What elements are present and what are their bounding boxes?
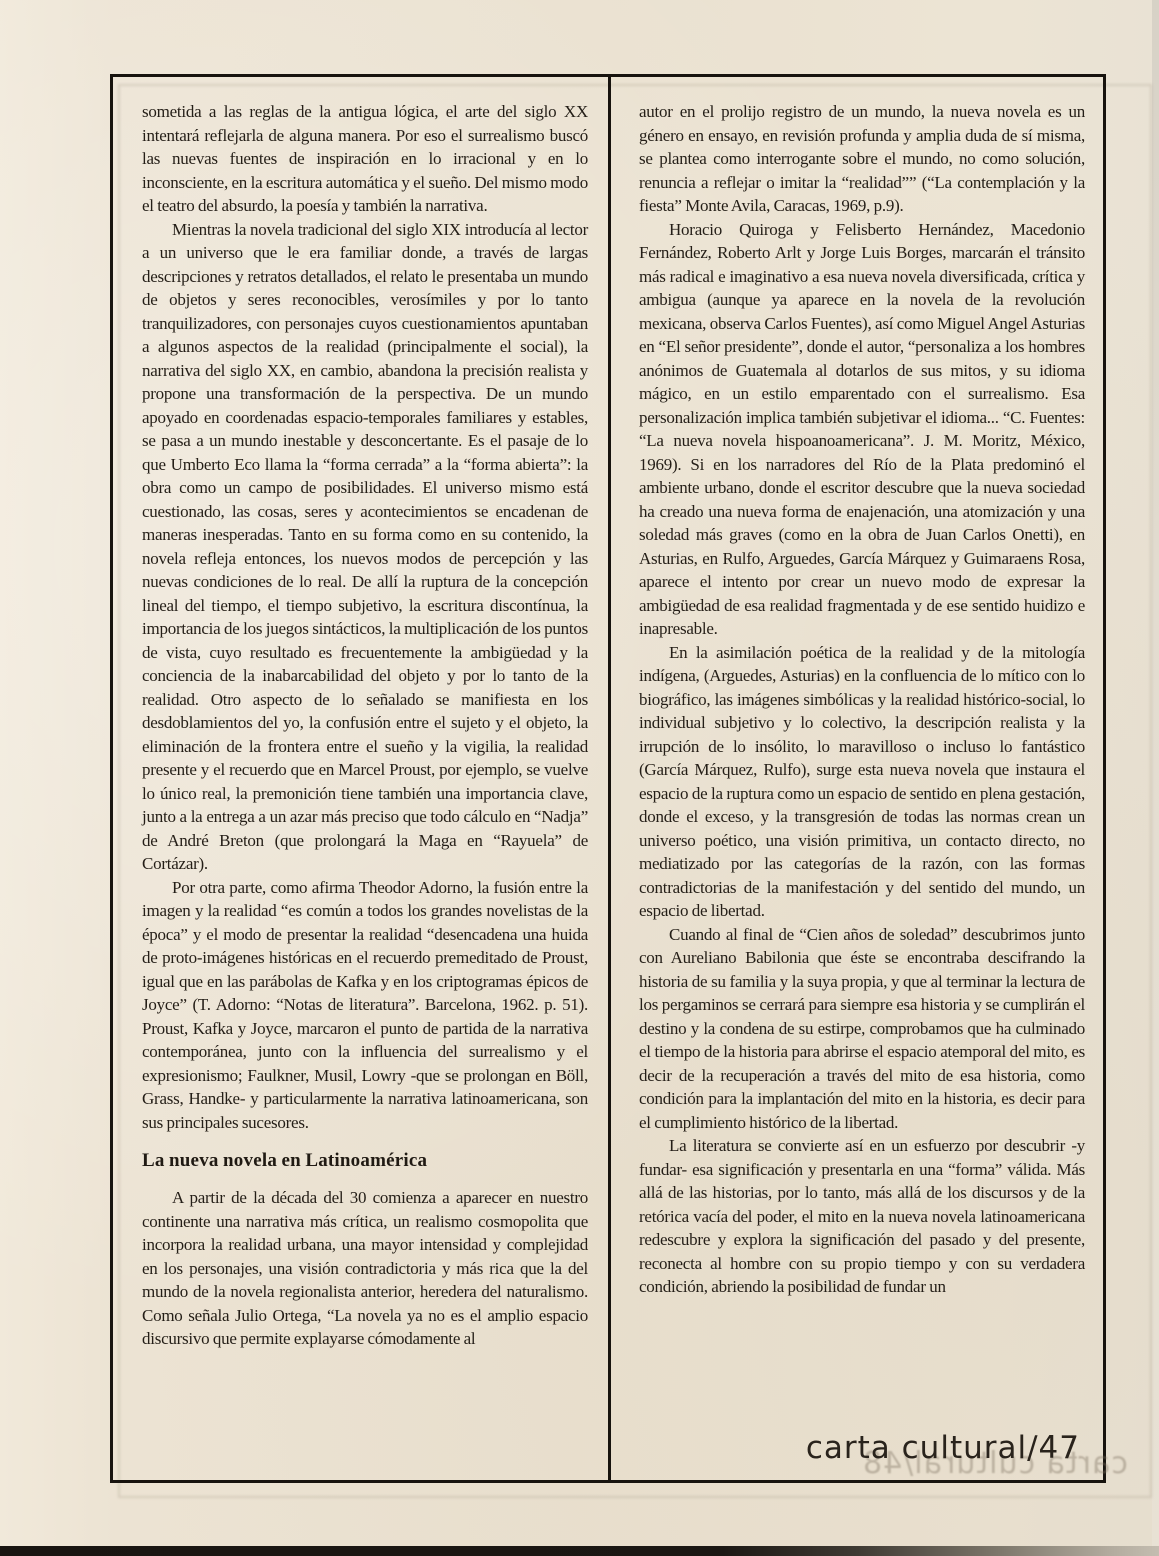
paragraph: En la asimilación poética de la realidad…	[639, 641, 1085, 923]
scan-edge-right	[1152, 0, 1159, 1556]
scan-edge-top	[0, 0, 1159, 5]
left-column-text-bottom: A partir de la década del 30 comienza a …	[142, 1186, 588, 1351]
right-column-text: autor en el prolijo registro de un mundo…	[639, 100, 1085, 1299]
left-column: sometida a las reglas de la antigua lógi…	[113, 77, 608, 1480]
paragraph: Por otra parte, como afirma Theodor Ador…	[142, 876, 588, 1135]
paragraph: autor en el prolijo registro de un mundo…	[639, 100, 1085, 218]
paragraph: Mientras la novela tradicional del siglo…	[142, 218, 588, 876]
left-column-text-top: sometida a las reglas de la antigua lógi…	[142, 100, 588, 1134]
paragraph: A partir de la década del 30 comienza a …	[142, 1186, 588, 1351]
paragraph: Horacio Quiroga y Felisberto Hernández, …	[639, 218, 1085, 641]
scan-edge-bottom	[0, 1546, 1159, 1556]
paragraph: sometida a las reglas de la antigua lógi…	[142, 100, 588, 218]
magazine-footer-label: carta cultural/47	[806, 1430, 1080, 1466]
paragraph: La literatura se convierte así en un esf…	[639, 1134, 1085, 1299]
right-column: autor en el prolijo registro de un mundo…	[611, 77, 1103, 1480]
paragraph: Cuando al final de “Cien años de soledad…	[639, 923, 1085, 1135]
section-heading: La nueva novela en Latinoamérica	[142, 1148, 588, 1173]
page-border-frame: sometida a las reglas de la antigua lógi…	[110, 74, 1106, 1483]
